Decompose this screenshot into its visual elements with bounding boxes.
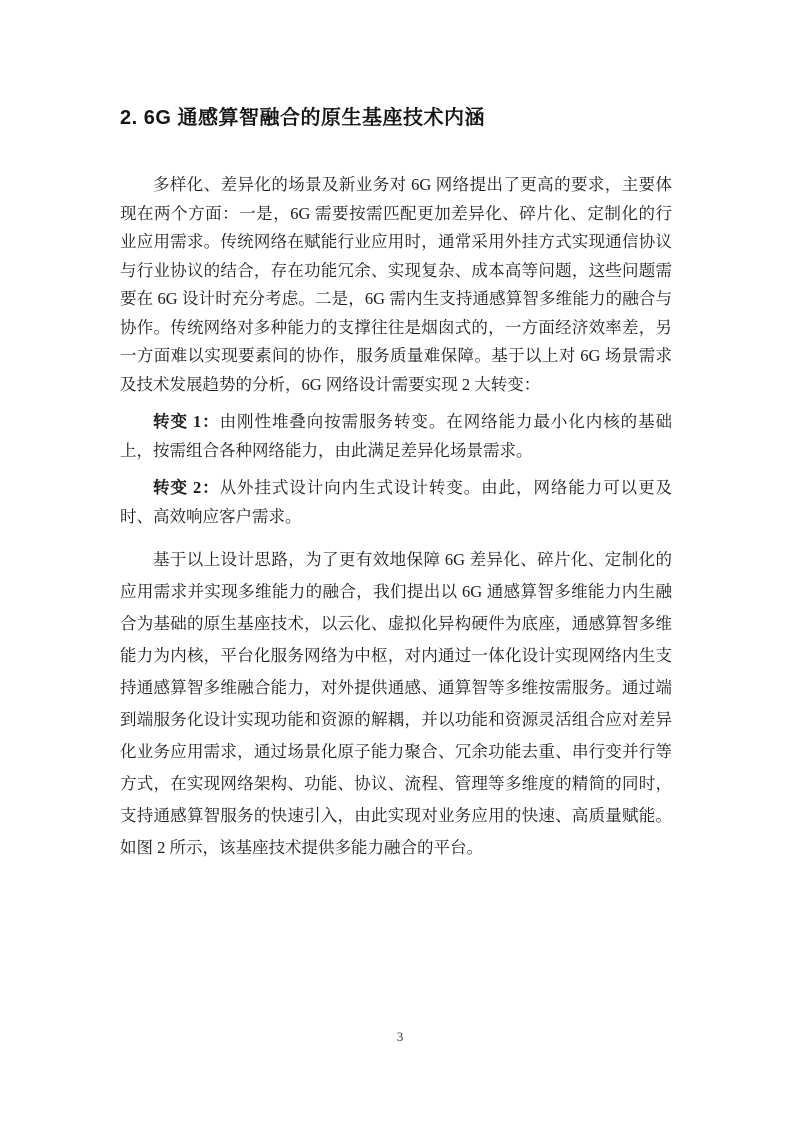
paragraph-2: 转变 1：由刚性堆叠向按需服务转变。在网络能力最小化内核的基础上，按需组合各种网… <box>120 408 672 465</box>
paragraph-3: 转变 2：从外挂式设计向内生式设计转变。由此，网络能力可以更及时、高效响应客户需… <box>120 474 672 531</box>
paragraph-text: 多样化、差异化的场景及新业务对 6G 网络提出了更高的要求，主要体现在两个方面：… <box>120 175 672 394</box>
page-footer: 3 <box>0 1029 800 1045</box>
paragraph-lead: 转变 2： <box>153 478 220 497</box>
paragraph-lead: 转变 1： <box>153 412 220 431</box>
paragraph-4: 基于以上设计思路，为了更有效地保障 6G 差异化、碎片化、定制化的应用需求并实现… <box>120 544 672 864</box>
page-number: 3 <box>397 1029 404 1044</box>
section-heading: 2. 6G 通感算智融合的原生基座技术内涵 <box>120 103 680 133</box>
document-page: 2. 6G 通感算智融合的原生基座技术内涵 多样化、差异化的场景及新业务对 6G… <box>0 0 800 1131</box>
paragraph-1: 多样化、差异化的场景及新业务对 6G 网络提出了更高的要求，主要体现在两个方面：… <box>120 171 672 399</box>
document-body: 多样化、差异化的场景及新业务对 6G 网络提出了更高的要求，主要体现在两个方面：… <box>120 171 672 873</box>
paragraph-text: 基于以上设计思路，为了更有效地保障 6G 差异化、碎片化、定制化的应用需求并实现… <box>120 550 672 857</box>
